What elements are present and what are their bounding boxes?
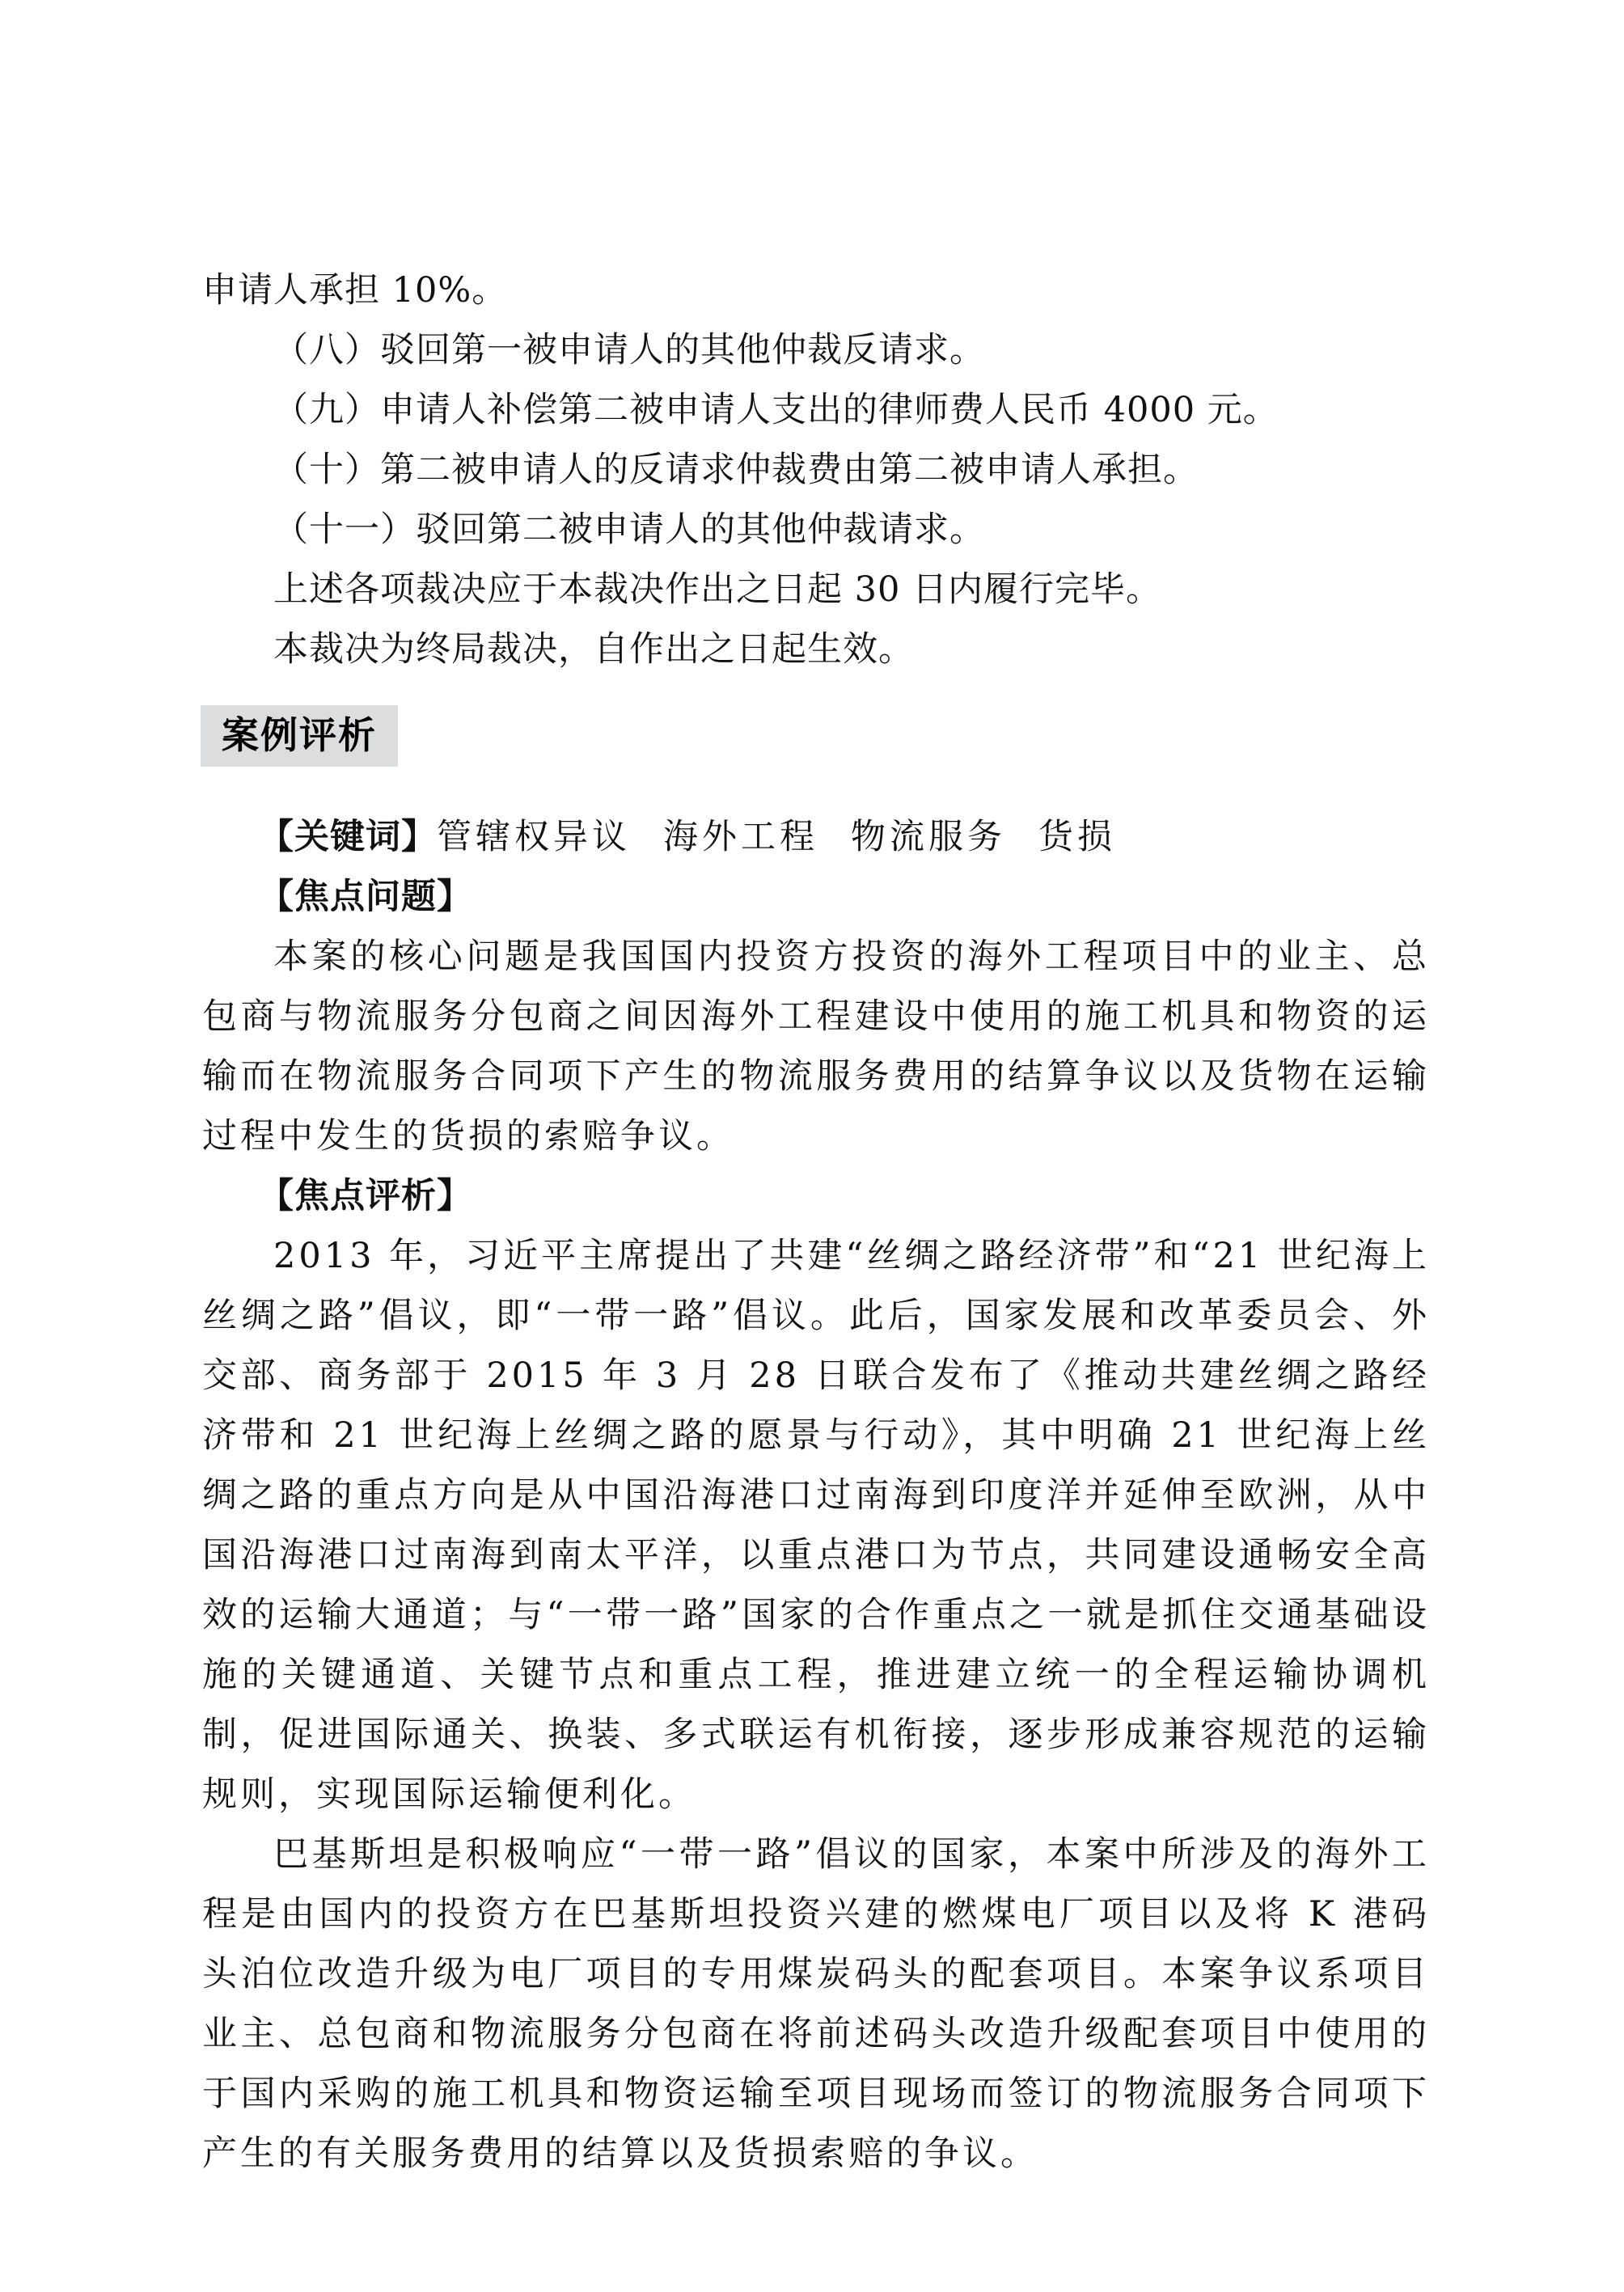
focus-issue-paragraph: 本案的核心问题是我国国内投资方投资的海外工程项目中的业主、总包商与物流服务分包商… xyxy=(202,927,1430,1166)
focus-analysis-paragraph-2: 巴基斯坦是积极响应“一带一路”倡议的国家，本案中所涉及的海外工程是由国内的投资方… xyxy=(202,1825,1430,2184)
keyword: 货损 xyxy=(1038,817,1116,857)
ruling-item-10: （十）第二被申请人的反请求仲裁费由第二被申请人承担。 xyxy=(202,440,1430,500)
document-page: 申请人承担 10%。 （八）驳回第一被申请人的其他仲裁反请求。 （九）申请人补偿… xyxy=(202,260,1430,2184)
focus-analysis-label: 【焦点评析】 xyxy=(202,1166,1430,1226)
continuation-tail-line: 申请人承担 10%。 xyxy=(202,260,1430,320)
ruling-finality-statement: 本裁决为终局裁决，自作出之日起生效。 xyxy=(202,620,1430,679)
focus-analysis-paragraph-1: 2013 年，习近平主席提出了共建“丝绸之路经济带”和“21 世纪海上丝绸之路”… xyxy=(202,1226,1430,1825)
ruling-deadline-statement: 上述各项裁决应于本裁决作出之日起 30 日内履行完毕。 xyxy=(202,560,1430,620)
section-heading-case-analysis: 案例评析 xyxy=(201,705,398,767)
keyword: 海外工程 xyxy=(663,817,818,857)
ruling-item-9: （九）申请人补偿第二被申请人支出的律师费人民币 4000 元。 xyxy=(202,380,1430,440)
keyword: 物流服务 xyxy=(851,817,1006,857)
ruling-item-8: （八）驳回第一被申请人的其他仲裁反请求。 xyxy=(202,320,1430,380)
keyword: 管辖权异议 xyxy=(437,817,631,857)
keywords-row: 【关键词】管辖权异议海外工程物流服务货损 xyxy=(202,807,1430,867)
spacer xyxy=(202,767,1430,807)
ruling-item-11: （十一）驳回第二被申请人的其他仲裁请求。 xyxy=(202,500,1430,560)
keywords-label: 【关键词】 xyxy=(259,817,437,857)
focus-issue-label: 【焦点问题】 xyxy=(202,867,1430,927)
